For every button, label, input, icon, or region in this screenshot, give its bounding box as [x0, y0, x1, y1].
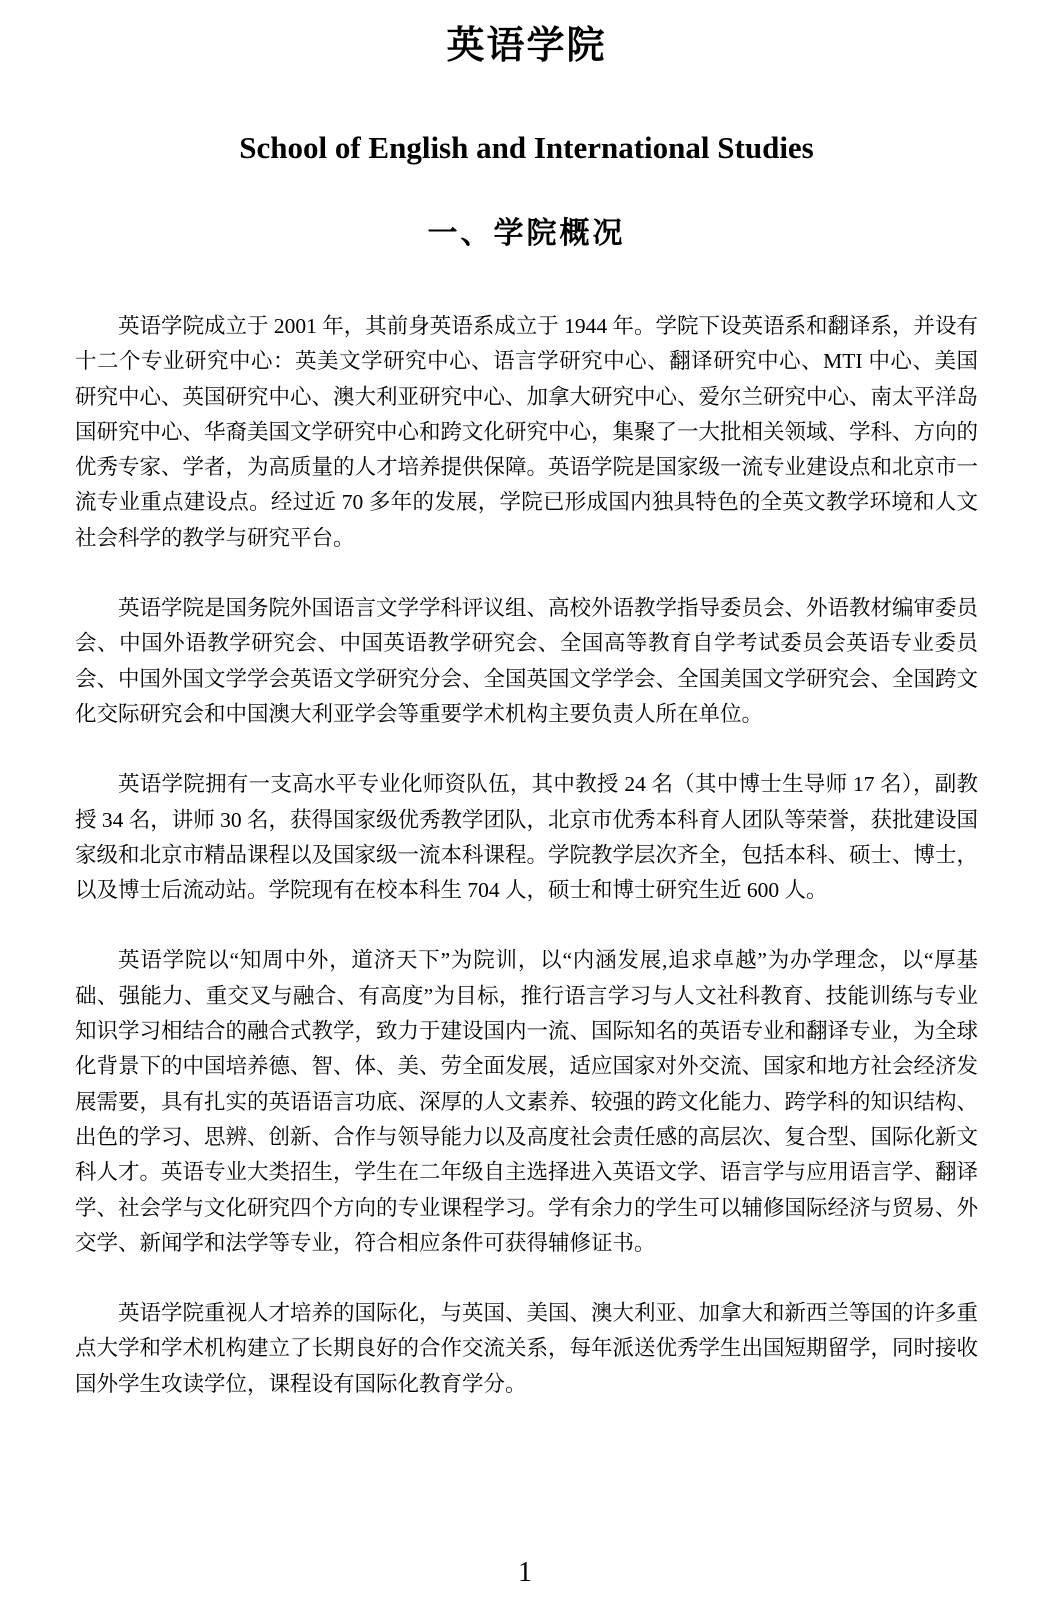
page-number: 1: [0, 1558, 1050, 1588]
paragraph-college-history: 英语学院成立于 2001 年，其前身英语系成立于 1944 年。学院下设英语系和…: [75, 309, 978, 556]
paragraph-academic-organizations: 英语学院是国务院外国语言文学学科评议组、高校外语教学指导委员会、外语教材编审委员…: [75, 591, 978, 732]
paragraph-faculty-statistics: 英语学院拥有一支高水平专业化师资队伍，其中教授 24 名（其中博士生导师 17 …: [75, 767, 978, 908]
document-page: 英语学院 School of English and International…: [0, 0, 1050, 1600]
section-heading-overview: 一、学院概况: [75, 216, 978, 252]
document-title-english: School of English and International Stud…: [75, 130, 978, 166]
document-title-chinese: 英语学院: [75, 26, 978, 66]
paragraph-education-philosophy: 英语学院以“知周中外，道济天下”为院训，以“内涵发展,追求卓越”为办学理念，以“…: [75, 943, 978, 1261]
paragraph-internationalization: 英语学院重视人才培养的国际化，与英国、美国、澳大利亚、加拿大和新西兰等国的许多重…: [75, 1296, 978, 1402]
